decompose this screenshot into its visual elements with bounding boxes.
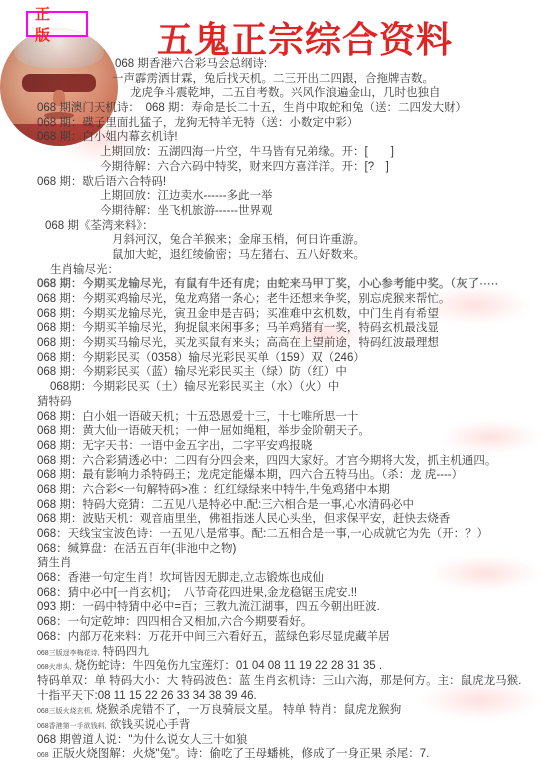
line-text: 正版火烧图解：火烧"兔"。诗：偷吃了王母蟠桃，修成了一身正果 杀尾：7. [52, 748, 429, 760]
text-line: 上期回放：江边卖水------多此一举 [0, 189, 550, 204]
line-text: 上期回放：江边卖水------多此一举 [100, 190, 272, 202]
line-text: 068 期：今期买鸡输尽光，兔龙鸡猪一条心；老牛还想来争奖，别忘虎猴来帮忙。 [37, 293, 450, 305]
line-text: 068 期：黄大仙一语破天机；一伸一屈如绳粗，举步金阶朝天子。 [37, 425, 370, 437]
line-text: 068 期：特码大竞猜：二五见八是特必中.配:三六相合是一事,心水清码必中 [37, 499, 414, 511]
line-text: 烧猴杀虎错不了，一万良骑辰文星。 特单 特肖：鼠虎龙猴狗 [96, 704, 401, 716]
line-text: 龙虎争斗震乾坤，二五自考数。兴风作浪遍金山，几时也独自 [130, 87, 441, 99]
line-text: 今期待解：坐飞机旅游------世界观 [100, 205, 272, 217]
text-line: 068三版迓李梅花诗, 特码四九 [0, 645, 550, 660]
line-text: 068 期香港六合彩马会总纲诗: [115, 58, 267, 70]
line-text: 068 期：歇后语六合特码! [37, 176, 166, 188]
line-text: 068 期：波贴天机：观音庙里坐，佛祖指迷人民心头坐，但求保平安，赶快去烧香 [37, 513, 450, 525]
line-text: 生肖输尽光： [50, 264, 119, 276]
line-text: 068 期：今期买龙输尽光，寅丑金申是吉码；买准难中玄机数，中门生肖有希望 [37, 308, 439, 320]
line-text: 068 期：六合彩猜透必中：二四有分四会来，四四大家好。才宫今期将大发，抓主机通… [37, 455, 496, 467]
line-text: 068 期《荃湾来料》： [45, 220, 154, 232]
text-line: 068三版火烧玄机, 烧猴杀虎错不了，一万良骑辰文星。 特单 特肖：鼠虎龙猴狗 [0, 703, 550, 718]
line-text: 068 期：最有影响力杀特码王；龙虎定能爆本期，四六合五特马出。（杀：龙 虎--… [37, 469, 463, 481]
text-line: 068 期：今期买龙输尽光，有鼠有牛还有虎；由蛇来马甲丁奖，小心参考能中奖。（灰… [0, 277, 550, 292]
document-body: 068 期香港六合彩马会总纲诗:一声霹雳洒甘霖，兔后找天机。二三开出二四跟，合拖… [0, 57, 550, 762]
text-line: 生肖输尽光： [0, 263, 550, 278]
line-text: 一声霹雳洒甘霖，兔后找天机。二三开出二四跟，合拖牌吉数。 [112, 73, 434, 85]
text-line: 068 期：今期买龙输尽光，寅丑金申是吉码；买准难中玄机数，中门生肖有希望 [0, 307, 550, 322]
line-text: 068：缄算盘：在活五百年(非池中之物) [37, 543, 236, 555]
page-title: 五鬼正宗综合资料 [140, 12, 470, 63]
line-text: 欲钱买说心手背 [110, 719, 191, 731]
line-text: 068期：今期彩民买（土）输尽光彩民买主（水）（火）中 [50, 381, 339, 393]
text-line: 月斜河汉，兔合羊猴来；金扉玉梢，何日许重游。 [0, 233, 550, 248]
line-text: 068 期：碟子里面扎猛子，龙狗无特羊无特（送：小数定中彩） [37, 117, 358, 129]
line-text: 068 期：白小姐一语破天机；十五恐恩爱十三，十七唯所思一十 [37, 411, 358, 423]
line-text: 068：内部万花来料：万花开中间三六看好五，蓝绿色彩尽显虎藏羊居 [37, 631, 390, 643]
line-text: 068 期曾道人说："为什么说女人三十如狼 [37, 734, 247, 746]
text-line: 068 期：今期彩民买（0358）输尽光彩民买单（159）双（246） [0, 351, 550, 366]
text-line: 068 正版火烧图解：火烧"兔"。诗：偷吃了王母蟠桃，修成了一身正果 杀尾：7. [0, 747, 550, 762]
text-line: 068 期：白小姐一语破天机；十五恐恩爱十三，十七唯所思一十 [0, 410, 550, 425]
text-line: 068：天线宝宝波色诗：一五见八是常事。配:二五相合是一事,一心成就它为先（开：… [0, 527, 550, 542]
line-text: 猜生肖 [37, 557, 72, 569]
line-text: 093 期：一码中特猜中必中=百；三教九流江湖事，四五今朝出旺波. [37, 601, 380, 613]
text-line: 068 期：白小姐内幕玄机诗! [0, 130, 550, 145]
text-line: 特码单双：单 特码大小：大 特码波色：蓝 生肖玄机诗：三山六海，那是何方。主：鼠… [0, 674, 550, 689]
line-text: 068 期：无字天书：一语中金五字出，二字平安鸡报晓 [37, 440, 312, 452]
text-line: 一声霹雳洒甘霖，兔后找天机。二三开出二四跟，合拖牌吉数。 [0, 72, 550, 87]
text-line: 068 期：今期买马输尽光，买龙买鼠有来头；高高在上望前途，特码红波最理想 [0, 336, 550, 351]
text-line: 068 期：今期买鸡输尽光，兔龙鸡猪一条心；老牛还想来争奖，别忘虎猴来帮忙。 [0, 292, 550, 307]
line-text: 068 期：今期彩民买（0358）输尽光彩民买单（159）双（246） [37, 352, 365, 364]
line-text: 068 期：今期买羊输尽光，狗捉鼠来闲事多；马羊鸡猪有一奖，特码玄机最浅显 [37, 322, 439, 334]
text-line: 068 期：今期买羊输尽光，狗捉鼠来闲事多；马羊鸡猪有一奖，特码玄机最浅显 [0, 321, 550, 336]
tiny-prefix: 068 [37, 752, 49, 759]
line-text: 月斜河汉，兔合羊猴来；金扉玉梢，何日许重游。 [112, 234, 365, 246]
text-line: 068：香港一句定生肖！坎坷皆因无脚走,立志锻炼也成仙 [0, 571, 550, 586]
tiny-prefix: 068三版迓李梅花诗, [37, 650, 100, 657]
text-line: 猜特码 [0, 395, 550, 410]
text-line: 068 期香港六合彩马会总纲诗: [0, 57, 550, 72]
text-line: 068 期：六合彩猜透必中：二四有分四会来，四四大家好。才宫今期将大发，抓主机通… [0, 454, 550, 469]
text-line: 068 期：歇后语六合特码! [0, 175, 550, 190]
text-line: 今期待解：坐飞机旅游------世界观 [0, 204, 550, 219]
text-line: 068 期：六合彩<一句解特码>准 ：红红绿绿来中特牛,牛兔鸡猪中本期 [0, 483, 550, 498]
tiny-prefix: 068火串头, [37, 664, 72, 671]
tiny-prefix: 068三版火烧玄机, [37, 708, 93, 715]
text-line: 今期待解：六合六码中特奖，财来四方喜洋洋。开：[? ] [0, 160, 550, 175]
text-line: 093 期：一码中特猜中必中=百；三教九流江湖事，四五今朝出旺波. [0, 600, 550, 615]
text-line: 068 期：碟子里面扎猛子，龙狗无特羊无特（送：小数定中彩） [0, 116, 550, 131]
line-text: 068：一句定乾坤：四四相合又相加,六合今期要看好。 [37, 616, 312, 628]
text-line: 068火串头, 烧伤蛇诗：牛四兔伤九宝莲灯：01 04 08 11 19 22 … [0, 659, 550, 674]
line-text: 068：猜中必中[一肖玄机]； 八节奇花四进果,金龙稳锯玉虎安.!! [37, 587, 357, 599]
text-line: 068 期：最有影响力杀特码王；龙虎定能爆本期，四六合五特马出。（杀：龙 虎--… [0, 468, 550, 483]
text-line: 068 期《荃湾来料》： [0, 219, 550, 234]
text-line: 龙虎争斗震乾坤，二五自考数。兴风作浪遍金山，几时也独自 [0, 86, 550, 101]
text-line: 068 期澳门天机诗： 068 期：寿命是长二十五，生肖中取蛇和兔（送：二四发大… [0, 101, 550, 116]
text-line: 068 期：黄大仙一语破天机；一伸一屈如绳粗，举步金阶朝天子。 [0, 424, 550, 439]
line-text: 鼠加大蛇，退红绫偷密；马左猪右、五八好数来。 [112, 249, 365, 261]
line-text: 特码四九 [103, 646, 149, 658]
text-line: 鼠加大蛇，退红绫偷密；马左猪右、五八好数来。 [0, 248, 550, 263]
text-line: 068：内部万花来料：万花开中间三六看好五，蓝绿色彩尽显虎藏羊居 [0, 630, 550, 645]
line-text: 068 期：今期买龙输尽光，有鼠有牛还有虎；由蛇来马甲丁奖，小心参考能中奖。（灰… [37, 278, 498, 290]
text-line: 068 期：特码大竞猜：二五见八是特必中.配:三六相合是一事,心水清码必中 [0, 498, 550, 513]
text-line: 068 期：今期彩民买（蓝）输尽光彩民买主（绿）防（红）中 [0, 365, 550, 380]
line-text: 068 期：白小姐内幕玄机诗! [37, 131, 178, 143]
text-line: 068 期：无字天书：一语中金五字出，二字平安鸡报晓 [0, 439, 550, 454]
line-text: 烧伤蛇诗：牛四兔伤九宝莲灯：01 04 08 11 19 22 28 31 35… [75, 660, 382, 672]
text-line: 068 期：波贴天机：观音庙里坐，佛祖指迷人民心头坐，但求保平安，赶快去烧香 [0, 512, 550, 527]
line-text: 068：天线宝宝波色诗：一五见八是常事。配:二五相合是一事,一心成就它为先（开：… [37, 528, 488, 540]
text-line: 068 期曾道人说："为什么说女人三十如狼 [0, 733, 550, 748]
line-text: 十指平天下:08 11 15 22 26 33 34 38 39 46. [37, 690, 257, 702]
text-line: 上期回放：五湖四海一片空，牛马皆有兄弟缘。开：[ ] [0, 145, 550, 160]
line-text: 068 期：今期彩民买（蓝）输尽光彩民买主（绿）防（红）中 [37, 366, 347, 378]
text-line: 068：一句定乾坤：四四相合又相加,六合今期要看好。 [0, 615, 550, 630]
tiny-prefix: 068香港第一手欲钱料, [37, 723, 107, 730]
line-text: 068：香港一句定生肖！坎坷皆因无脚走,立志锻炼也成仙 [37, 572, 324, 584]
line-text: 068 期：今期买马输尽光，买龙买鼠有来头；高高在上望前途，特码红波最理想 [37, 337, 439, 349]
genuine-edition-badge: 正 版 [26, 11, 88, 37]
line-text: 上期回放：五湖四海一片空，牛马皆有兄弟缘。开：[ ] [100, 146, 394, 158]
line-text: 068 期澳门天机诗： 068 期：寿命是长二十五，生肖中取蛇和兔（送：二四发大… [37, 102, 467, 114]
text-line: 068期：今期彩民买（土）输尽光彩民买主（水）（火）中 [0, 380, 550, 395]
line-text: 068 期：六合彩<一句解特码>准 ：红红绿绿来中特牛,牛兔鸡猪中本期 [37, 484, 390, 496]
line-text: 今期待解：六合六码中特奖，财来四方喜洋洋。开：[? ] [100, 161, 389, 173]
line-text: 猜特码 [37, 396, 72, 408]
text-line: 068：猜中必中[一肖玄机]； 八节奇花四进果,金龙稳锯玉虎安.!! [0, 586, 550, 601]
text-line: 十指平天下:08 11 15 22 26 33 34 38 39 46. [0, 689, 550, 704]
text-line: 猜生肖 [0, 556, 550, 571]
line-text: 特码单双：单 特码大小：大 特码波色：蓝 生肖玄机诗：三山六海，那是何方。主：鼠… [37, 675, 521, 687]
text-line: 068：缄算盘：在活五百年(非池中之物) [0, 542, 550, 557]
text-line: 068香港第一手欲钱料, 欲钱买说心手背 [0, 718, 550, 733]
